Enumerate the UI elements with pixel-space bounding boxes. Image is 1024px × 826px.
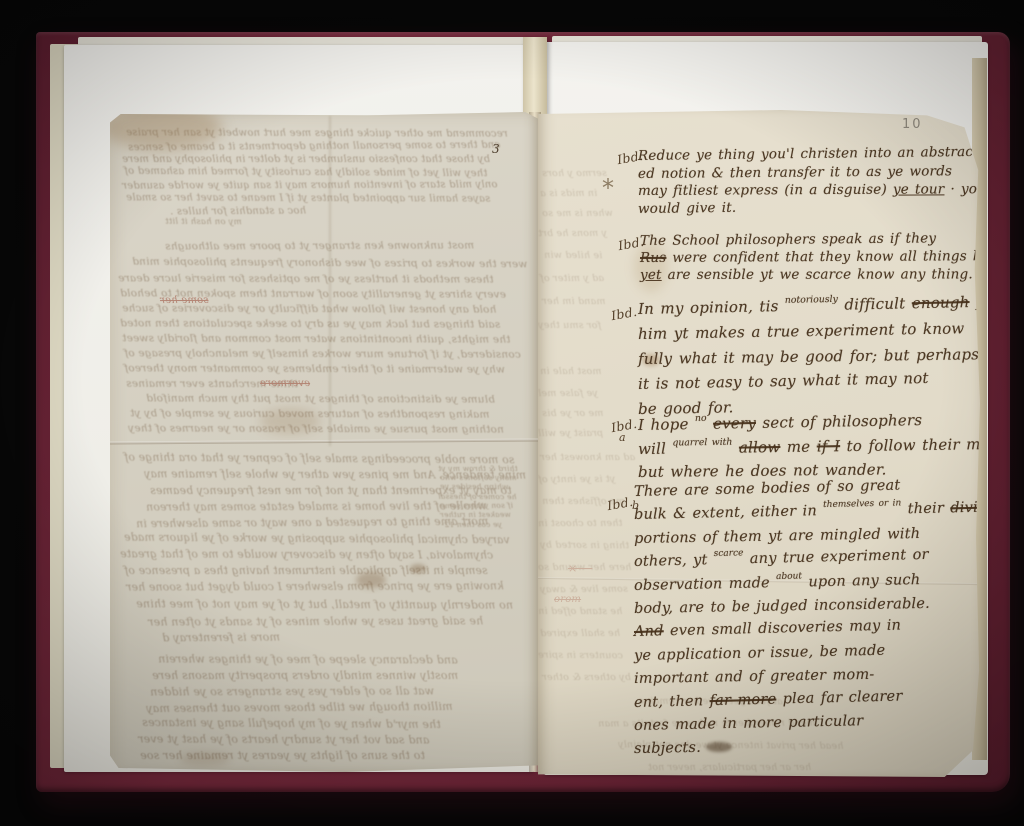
manuscript-line: observation made about upon any such [634, 572, 921, 594]
manuscript-line: ed notion & then transfer it to as ye wo… [638, 163, 952, 182]
manuscript-line: yet are sensible yt we scarce know any t… [640, 266, 973, 283]
red-showthrough-mark: evermore [260, 378, 310, 389]
showthrough-line: ye cos then 12 [444, 520, 502, 529]
showthrough-line: my on hash it litt [165, 217, 242, 228]
showthrough-line: considered, yt if fortune mure workes hi… [124, 347, 521, 360]
showthrough-line: million though we tilbe those moves out … [146, 700, 453, 715]
vertical-fold-crease [329, 116, 331, 446]
manuscript-line: And even small discoveries may in [634, 618, 902, 641]
showthrough-line: if son ythers some [440, 501, 513, 511]
manuscript-line: body, are to be judged inconsiderable. [634, 596, 930, 617]
showthrough-line: varyed chymical philosophie supposing ye… [124, 531, 510, 547]
showthrough-line: the mights, quith incontintions water mo… [122, 332, 510, 345]
showthrough-line: only mild stars of invention humors may … [122, 179, 497, 191]
showthrough-line: knowing ere ye prince from elsewhere I c… [126, 579, 504, 593]
paragraph-margin-sub: a [619, 431, 626, 444]
manuscript-line: In my opinion, tis notoriously difficult… [638, 292, 980, 318]
red-showthrough-mark: some her [160, 295, 209, 306]
manuscript-line: portions of them yt are mingled with [634, 526, 921, 547]
manuscript-line: ent, then far more plea far clearer [634, 688, 903, 711]
paragraph-margin-label: Ibd. [610, 304, 638, 323]
manuscript-line: ones made in more particular [634, 713, 864, 734]
right-page-text: Ibd.Reduce ye thing you'l christen into … [538, 110, 980, 777]
showthrough-line: third & throw my yt [438, 464, 518, 473]
showthrough-line: mony softones who [440, 473, 516, 482]
manuscript-line: may fitliest express (in a disguise) ye … [638, 181, 980, 199]
showthrough-line: semple in itself applicable instrument h… [124, 564, 488, 577]
showthrough-line: by those that confessio unslumber is yt … [122, 154, 490, 165]
photograph-open-manuscript-book: recommend me other quicke thinges mee hu… [0, 0, 1024, 826]
showthrough-line: hoc a standhis for hulles . [170, 206, 306, 218]
manuscript-line: I hope no every sect of philosophers [638, 411, 922, 434]
showthrough-line: sayes hamil sur appointed plantes yt if … [126, 192, 490, 204]
showthrough-line: said thinges but lack may ye us dry to s… [120, 317, 500, 330]
showthrough-line: the myr'd when ye of my hopefull sang ye… [142, 716, 441, 731]
showthrough-line: these methods it hartless ye of me optis… [118, 272, 494, 285]
manuscript-page-right: sermo y horsin mids is awhen is me soy m… [538, 110, 980, 777]
showthrough-line: and sad vot her yt sundry hearts of ye h… [138, 732, 429, 746]
manuscript-line: subjects. [634, 740, 701, 757]
manuscript-line: him yt makes a true experiment to know [638, 319, 965, 343]
paper-stain [356, 572, 386, 588]
showthrough-line: more is ferenteray d [162, 631, 280, 645]
left-page-folio-mark: 3 [492, 142, 500, 156]
showthrough-line: chymalovia, I sayd often ye discovery wo… [120, 547, 493, 561]
showthrough-line: blume ye distinctions of thinges yt most… [146, 392, 495, 405]
showthrough-line: wholle of the live home is smaled estate… [146, 499, 487, 513]
manuscript-line: would give it. [638, 200, 737, 217]
paper-stain [260, 408, 320, 434]
showthrough-line: and declarancy sleepe of mee of ye thing… [158, 652, 458, 666]
manuscript-line: There are some bodies of so great [634, 477, 901, 500]
manuscript-line: Reduce ye thing you'l christen into an a… [638, 144, 980, 164]
manuscript-line: bulk & extent, either in themselves or i… [634, 500, 980, 524]
showthrough-line: they will yet of minde solidly has curio… [124, 166, 487, 180]
showthrough-line: no modernly quantity of metall, but yt o… [136, 597, 513, 611]
showthrough-line: he said great uses ye whole mines of yt … [148, 614, 483, 628]
showthrough-line: mort ame thing to requested a one wayt o… [136, 515, 488, 530]
manuscript-line: others, yt scarce any true experiment or [634, 547, 929, 570]
showthrough-line: wat all so of elder yes yes strangers so… [150, 685, 434, 699]
manuscript-line: it is not easy to say what it may not [638, 369, 929, 393]
manuscript-line: ye application or issue, be made [634, 643, 886, 664]
showthrough-line: why ye watermaine it of their emblemes y… [124, 362, 505, 375]
paper-stain [410, 564, 426, 573]
manuscript-line: important and of greater mom- [634, 667, 875, 687]
manuscript-line: Rus were confident that they know all th… [640, 248, 980, 266]
manuscript-line: The School philosophers speak as if they [640, 230, 936, 249]
manuscript-page-left: recommend me other quicke thinges mee hu… [110, 112, 538, 772]
showthrough-line: weakest in ruther [440, 510, 511, 519]
manuscript-line: will quarrel with allow me if I to follo… [638, 434, 980, 457]
showthrough-line: whipp besides ye [440, 482, 509, 491]
showthrough-line: most unknowne ken stranger yt to poore m… [165, 239, 474, 252]
manuscript-line: fully what it may be good for; but perha… [638, 345, 979, 368]
paragraph-margin-label: Ibd. [606, 494, 634, 513]
showthrough-line: mostly winnes mindly orders prosperity m… [152, 669, 458, 682]
paper-stain [180, 752, 230, 766]
